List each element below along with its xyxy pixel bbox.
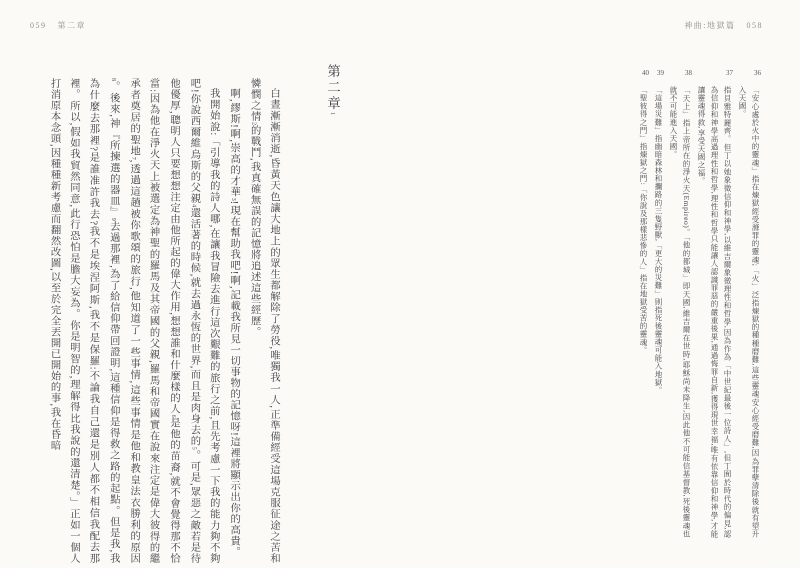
endnote-text: 指貝雅特麗齊。但丁以她象徵信仰和神學,以維吉爾象徵理性和哲學,因為作為「中世紀最… — [695, 86, 734, 538]
footnote-marker: 5 — [190, 447, 196, 450]
footnote-marker: 3 — [230, 198, 236, 201]
endnote: 38「天上」指上帝所在的淨火天(Empireo)。「他的都城」即天國,維吉爾在世… — [667, 86, 693, 538]
paragraph: 白晝漸漸消逝,昏黃天色讓大地上的眾生都解除了勞役,唯獨我一人,正準備經受這場克服… — [243, 78, 283, 564]
endnote: 40「聖彼得之門」指煉獄之門:「你說及那樣悲慘的人」指在地獄受苦的靈魂。 — [637, 86, 650, 538]
endnote-number: 39 — [657, 69, 664, 77]
endnote-number: 38 — [685, 69, 692, 77]
right-header-book-title: 神曲:地獄篇 — [684, 21, 735, 30]
left-folio-number: 059 — [30, 21, 47, 30]
endnote: 36「安心處於火中的靈魂」指在煉獄經受滌罪的靈魂;「火」泛指煉獄的種種磨難,這些… — [736, 86, 762, 538]
footnote-marker: 6 — [170, 415, 176, 418]
footnote-marker: 4 — [190, 204, 196, 207]
footnote-marker: 2 — [251, 122, 257, 125]
paragraph: 我開始說:「引導我的詩人哪,在讓我冒險去進行這次艱難的旅行之前,且先考慮一下我的… — [44, 78, 223, 564]
chapter-title-text: 第二章 — [325, 64, 340, 112]
endnote-text: 「安心處於火中的靈魂」指在煉獄經受滌罪的靈魂;「火」泛指煉獄的種種磨難,這些靈魂… — [736, 86, 762, 538]
right-page-header: 神曲:地獄篇058 — [684, 20, 763, 31]
endnote-number: 37 — [726, 69, 733, 77]
left-page-header: 059第二章 — [30, 20, 86, 31]
left-header-chapter: 第二章 — [58, 21, 87, 30]
footnote-marker: 7 — [130, 157, 136, 160]
body-text: 白晝漸漸消逝,昏黃天色讓大地上的眾生都解除了勞役,唯獨我一人,正準備經受這場克服… — [30, 78, 283, 564]
endnote-text: 「聖彼得之門」指煉獄之門:「你說及那樣悲慘的人」指在地獄受苦的靈魂。 — [637, 86, 650, 538]
chapter-title: 第二章1 — [322, 64, 342, 116]
book-spread: 059第二章 神曲:地獄篇058 36「安心處於火中的靈魂」指在煉獄經受滌罪的靈… — [0, 0, 800, 568]
footnote-marker: 9 — [110, 218, 116, 221]
footnote-marker: 8 — [110, 78, 116, 81]
endnote-number: 40 — [642, 69, 649, 77]
paragraph: 啊,繆斯!啊,崇高的才華3!現在幫助我吧!啊,記載我所見一切事物的記憶呀!這裡將… — [223, 78, 243, 564]
endnote-text: 「這場災難」指幽暗森林和攔路的三隻野獸,「更大的災難」則指死後靈魂可能入地獄。 — [652, 86, 665, 538]
right-folio-number: 058 — [747, 21, 764, 30]
endnote: 39「這場災難」指幽暗森林和攔路的三隻野獸,「更大的災難」則指死後靈魂可能入地獄… — [652, 86, 665, 538]
endnote-text: 「天上」指上帝所在的淨火天(Empireo)。「他的都城」即天國,維吉爾在世時,… — [667, 86, 693, 538]
footnote-marker: 1 — [329, 112, 336, 116]
endnotes-block: 36「安心處於火中的靈魂」指在煉獄經受滌罪的靈魂;「火」泛指煉獄的種種磨難,這些… — [635, 86, 762, 538]
endnote: 37指貝雅特麗齊。但丁以她象徵信仰和神學,以維吉爾象徵理性和哲學,因為作為「中世… — [695, 86, 734, 538]
endnote-number: 36 — [754, 69, 761, 77]
